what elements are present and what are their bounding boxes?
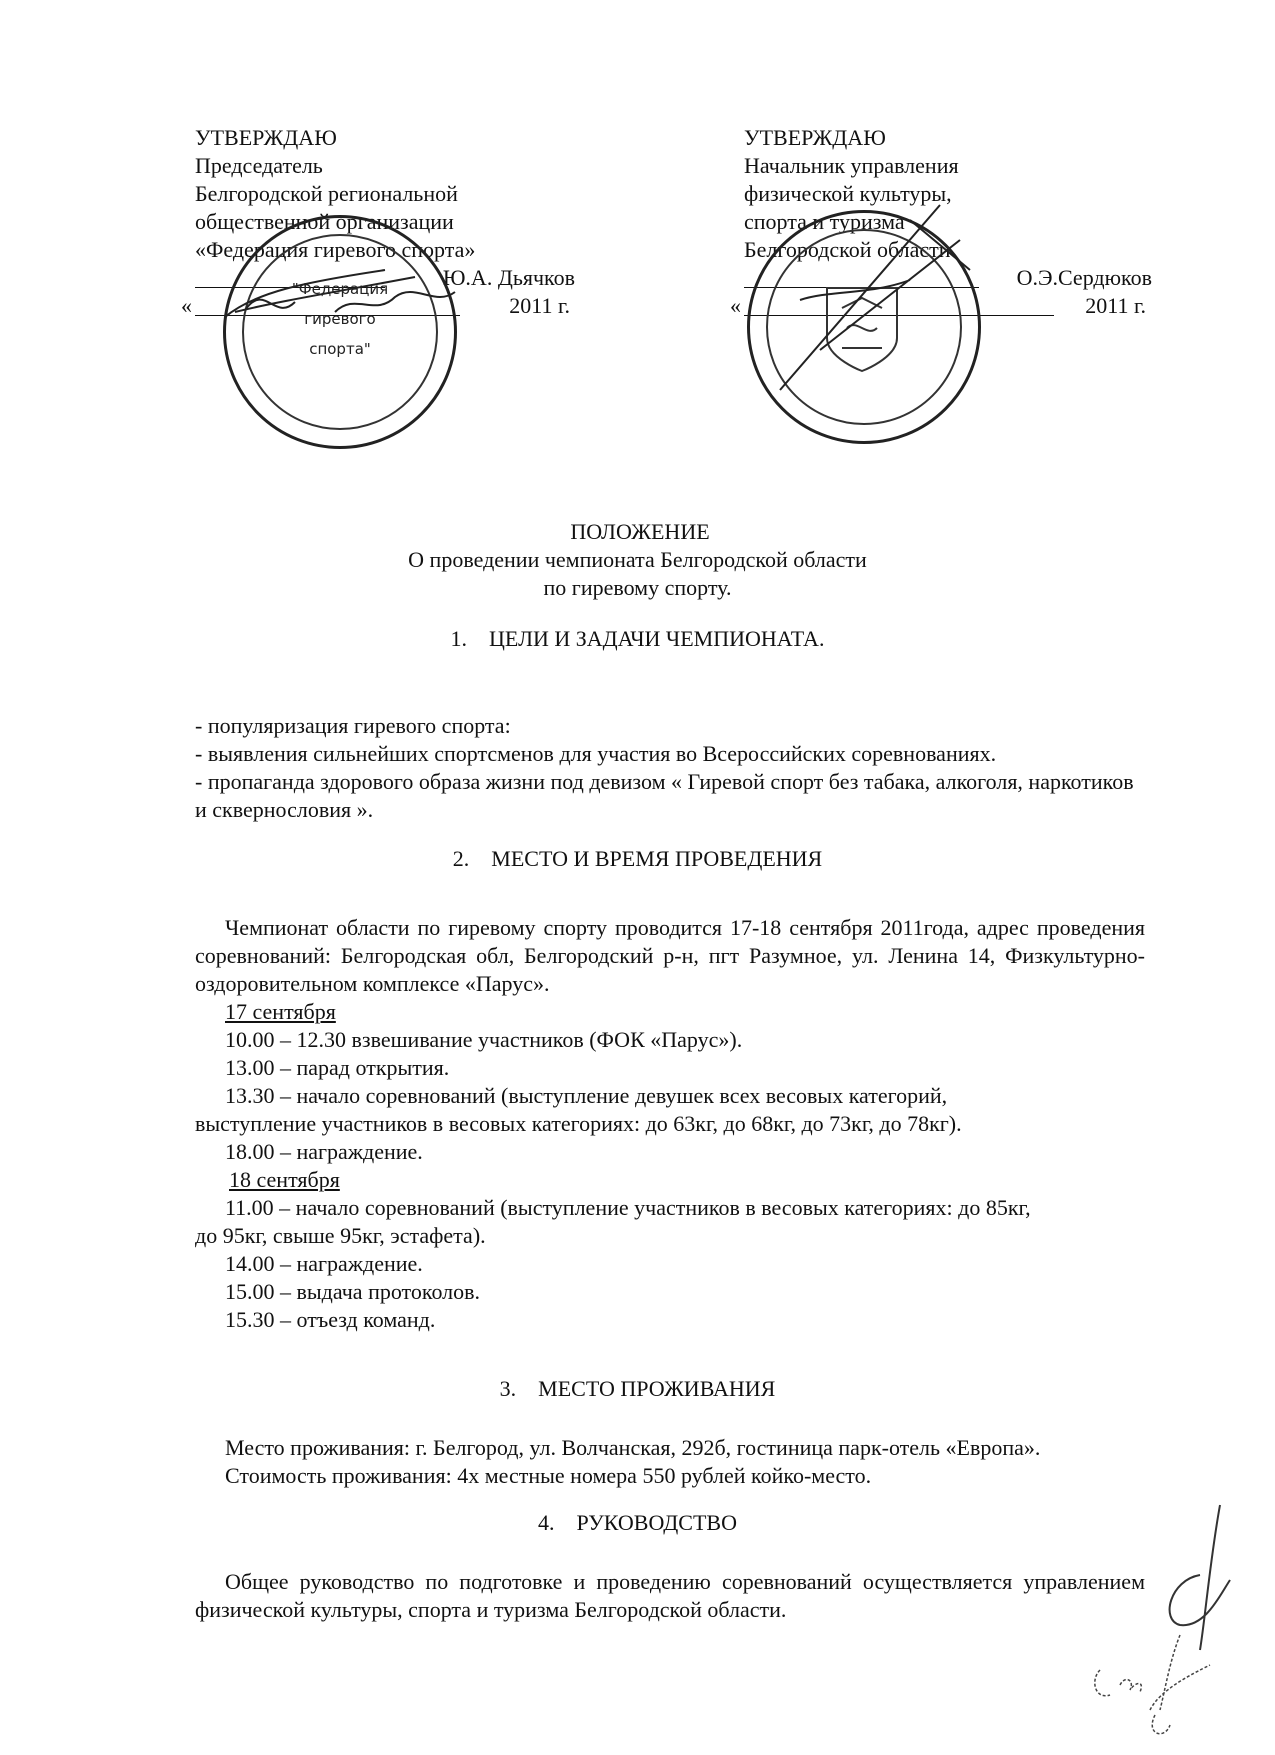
management-text: Общее руководство по подготовке и провед…: [195, 1568, 1145, 1624]
goals-list: - популяризация гиревого спорта: - выявл…: [195, 712, 1145, 824]
venue-schedule: Чемпионат области по гиревому спорту про…: [195, 914, 1145, 1334]
approval-line: Начальник управления: [744, 152, 1144, 180]
initials-signature: [1080, 1500, 1260, 1740]
approval-line: Председатель: [195, 152, 575, 180]
schedule-item: 10.00 – 12.30 взвешивание участников (ФО…: [195, 1026, 1145, 1054]
schedule-item: выступление участников в весовых категор…: [195, 1110, 1145, 1138]
title-subtitle: по гиревому спорту.: [0, 574, 1275, 602]
approval-heading: УТВЕРЖДАЮ: [744, 124, 1144, 152]
schedule-item: 14.00 – награждение.: [195, 1250, 1145, 1278]
date-year: 2011 г.: [1085, 292, 1146, 320]
accommodation-line: Стоимость проживания: 4х местные номера …: [225, 1462, 1175, 1490]
organization-stamp: "Федерация гиревого спорта": [223, 215, 457, 449]
list-item: - выявления сильнейших спортсменов для у…: [195, 740, 1145, 768]
section-title: ЦЕЛИ И ЗАДАЧИ ЧЕМПИОНАТА.: [489, 626, 824, 651]
schedule-item: 15.00 – выдача протоколов.: [195, 1278, 1145, 1306]
list-item: - популяризация гиревого спорта:: [195, 712, 1145, 740]
accommodation-text: Место проживания: г. Белгород, ул. Волча…: [195, 1434, 1175, 1490]
signature-scribble-left: [215, 262, 475, 332]
schedule-item: до 95кг, свыше 95кг, эстафета).: [195, 1222, 1145, 1250]
signer-name: О.Э.Сердюков: [1017, 264, 1152, 292]
schedule-item: 18.00 – награждение.: [195, 1138, 1145, 1166]
day-heading: 18 сентября: [195, 1166, 1145, 1194]
day-date: 17 сентября: [225, 999, 336, 1024]
date-prefix: «: [181, 292, 192, 320]
section-title: МЕСТО И ВРЕМЯ ПРОВЕДЕНИЯ: [491, 846, 822, 871]
stamp-text: спорта": [226, 340, 454, 358]
section-number: 2.: [453, 846, 470, 871]
title-subtitle: О проведении чемпионата Белгородской обл…: [0, 546, 1275, 574]
schedule-item: 11.00 – начало соревнований (выступление…: [195, 1194, 1145, 1222]
list-item: - пропаганда здорового образа жизни под …: [195, 768, 1145, 824]
date-year: 2011 г.: [509, 292, 570, 320]
document-title: ПОЛОЖЕНИЕ О проведении чемпионата Белгор…: [0, 518, 1275, 602]
title-main: ПОЛОЖЕНИЕ: [0, 518, 1275, 546]
section-number: 3.: [500, 1376, 517, 1401]
schedule-item: 15.30 – отъезд команд.: [195, 1306, 1145, 1334]
section-number: 1.: [451, 626, 468, 651]
section-heading-3: 3.МЕСТО ПРОЖИВАНИЯ: [0, 1376, 1275, 1402]
accommodation-line: Место проживания: г. Белгород, ул. Волча…: [225, 1434, 1175, 1462]
section-title: РУКОВОДСТВО: [577, 1510, 737, 1535]
section-number: 4.: [538, 1510, 555, 1535]
approval-heading: УТВЕРЖДАЮ: [195, 124, 575, 152]
approval-line: Белгородской региональной: [195, 180, 575, 208]
section-heading-2: 2.МЕСТО И ВРЕМЯ ПРОВЕДЕНИЯ: [0, 846, 1275, 872]
venue-paragraph: Чемпионат области по гиревому спорту про…: [195, 914, 1145, 998]
document-page: УТВЕРЖДАЮ Председатель Белгородской реги…: [0, 0, 1275, 1755]
schedule-item: 13.30 – начало соревнований (выступление…: [195, 1082, 1145, 1110]
date-prefix: «: [730, 292, 741, 320]
day-date: 18 сентября: [229, 1167, 340, 1192]
management-paragraph: Общее руководство по подготовке и провед…: [195, 1568, 1145, 1624]
signature-scribble-right: [760, 200, 1000, 400]
section-title: МЕСТО ПРОЖИВАНИЯ: [538, 1376, 775, 1401]
schedule-item: 13.00 – парад открытия.: [195, 1054, 1145, 1082]
day-heading: 17 сентября: [195, 998, 1145, 1026]
section-heading-1: 1.ЦЕЛИ И ЗАДАЧИ ЧЕМПИОНАТА.: [0, 626, 1275, 652]
